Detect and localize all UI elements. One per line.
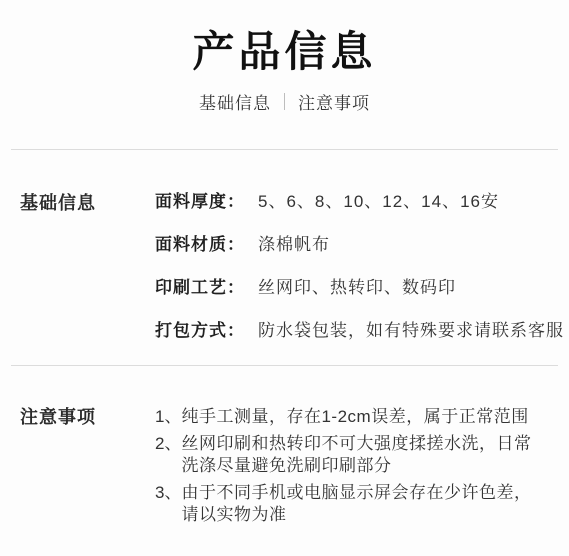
tab-basic-info: 基础信息 <box>186 89 284 114</box>
header-tabs: 基础信息 注意事项 <box>0 90 569 112</box>
tab-notes: 注意事项 <box>285 89 383 114</box>
note-item-number: 1、 <box>155 406 181 428</box>
page-title: 产品信息 <box>0 0 569 78</box>
note-item-number: 3、 <box>155 482 181 526</box>
note-item-measurement: 1、 纯手工测量，存在1-2cm误差，属于正常范围 <box>155 406 569 428</box>
info-row-value: 5、6、8、10、12、14、16安 <box>258 192 499 212</box>
basic-info-section: 基础信息 面料厚度： 5、6、8、10、12、14、16安 面料材质： 涤棉帆布… <box>0 150 569 365</box>
info-row-packaging: 打包方式： 防水袋包装，如有特殊要求请联系客服 <box>155 321 569 341</box>
notes-list: 1、 纯手工测量，存在1-2cm误差，属于正常范围 2、 丝网印刷和热转印不可大… <box>155 406 569 531</box>
info-row-value: 涤棉帆布 <box>258 235 330 255</box>
info-row-value: 防水袋包装，如有特殊要求请联系客服 <box>258 321 564 341</box>
basic-info-rows: 面料厚度： 5、6、8、10、12、14、16安 面料材质： 涤棉帆布 印刷工艺… <box>155 192 569 341</box>
info-row-value: 丝网印、热转印、数码印 <box>258 278 456 298</box>
note-item-text: 丝网印刷和热转印不可大强度揉搓水洗，日常洗涤尽量避免洗刷印刷部分 <box>181 433 541 477</box>
info-row-label: 面料材质： <box>155 235 245 255</box>
notes-section: 注意事项 1、 纯手工测量，存在1-2cm误差，属于正常范围 2、 丝网印刷和热… <box>0 366 569 531</box>
info-row-label: 面料厚度： <box>155 192 245 212</box>
basic-info-section-label: 基础信息 <box>0 192 155 341</box>
note-item-text: 纯手工测量，存在1-2cm误差，属于正常范围 <box>181 406 528 428</box>
note-item-number: 2、 <box>155 433 181 477</box>
notes-section-label: 注意事项 <box>0 406 155 531</box>
note-item-text: 由于不同手机或电脑显示屏会存在少许色差，请以实物为准 <box>181 482 541 526</box>
info-row-label: 印刷工艺： <box>155 278 245 298</box>
note-item-washing: 2、 丝网印刷和热转印不可大强度揉搓水洗，日常洗涤尽量避免洗刷印刷部分 <box>155 433 569 477</box>
info-row-printing-process: 印刷工艺： 丝网印、热转印、数码印 <box>155 278 569 298</box>
info-row-fabric-material: 面料材质： 涤棉帆布 <box>155 235 569 255</box>
product-info-page: 产品信息 基础信息 注意事项 基础信息 面料厚度： 5、6、8、10、12、14… <box>0 0 569 556</box>
info-row-label: 打包方式： <box>155 321 245 341</box>
note-item-color-difference: 3、 由于不同手机或电脑显示屏会存在少许色差，请以实物为准 <box>155 482 569 526</box>
info-row-fabric-thickness: 面料厚度： 5、6、8、10、12、14、16安 <box>155 192 569 212</box>
